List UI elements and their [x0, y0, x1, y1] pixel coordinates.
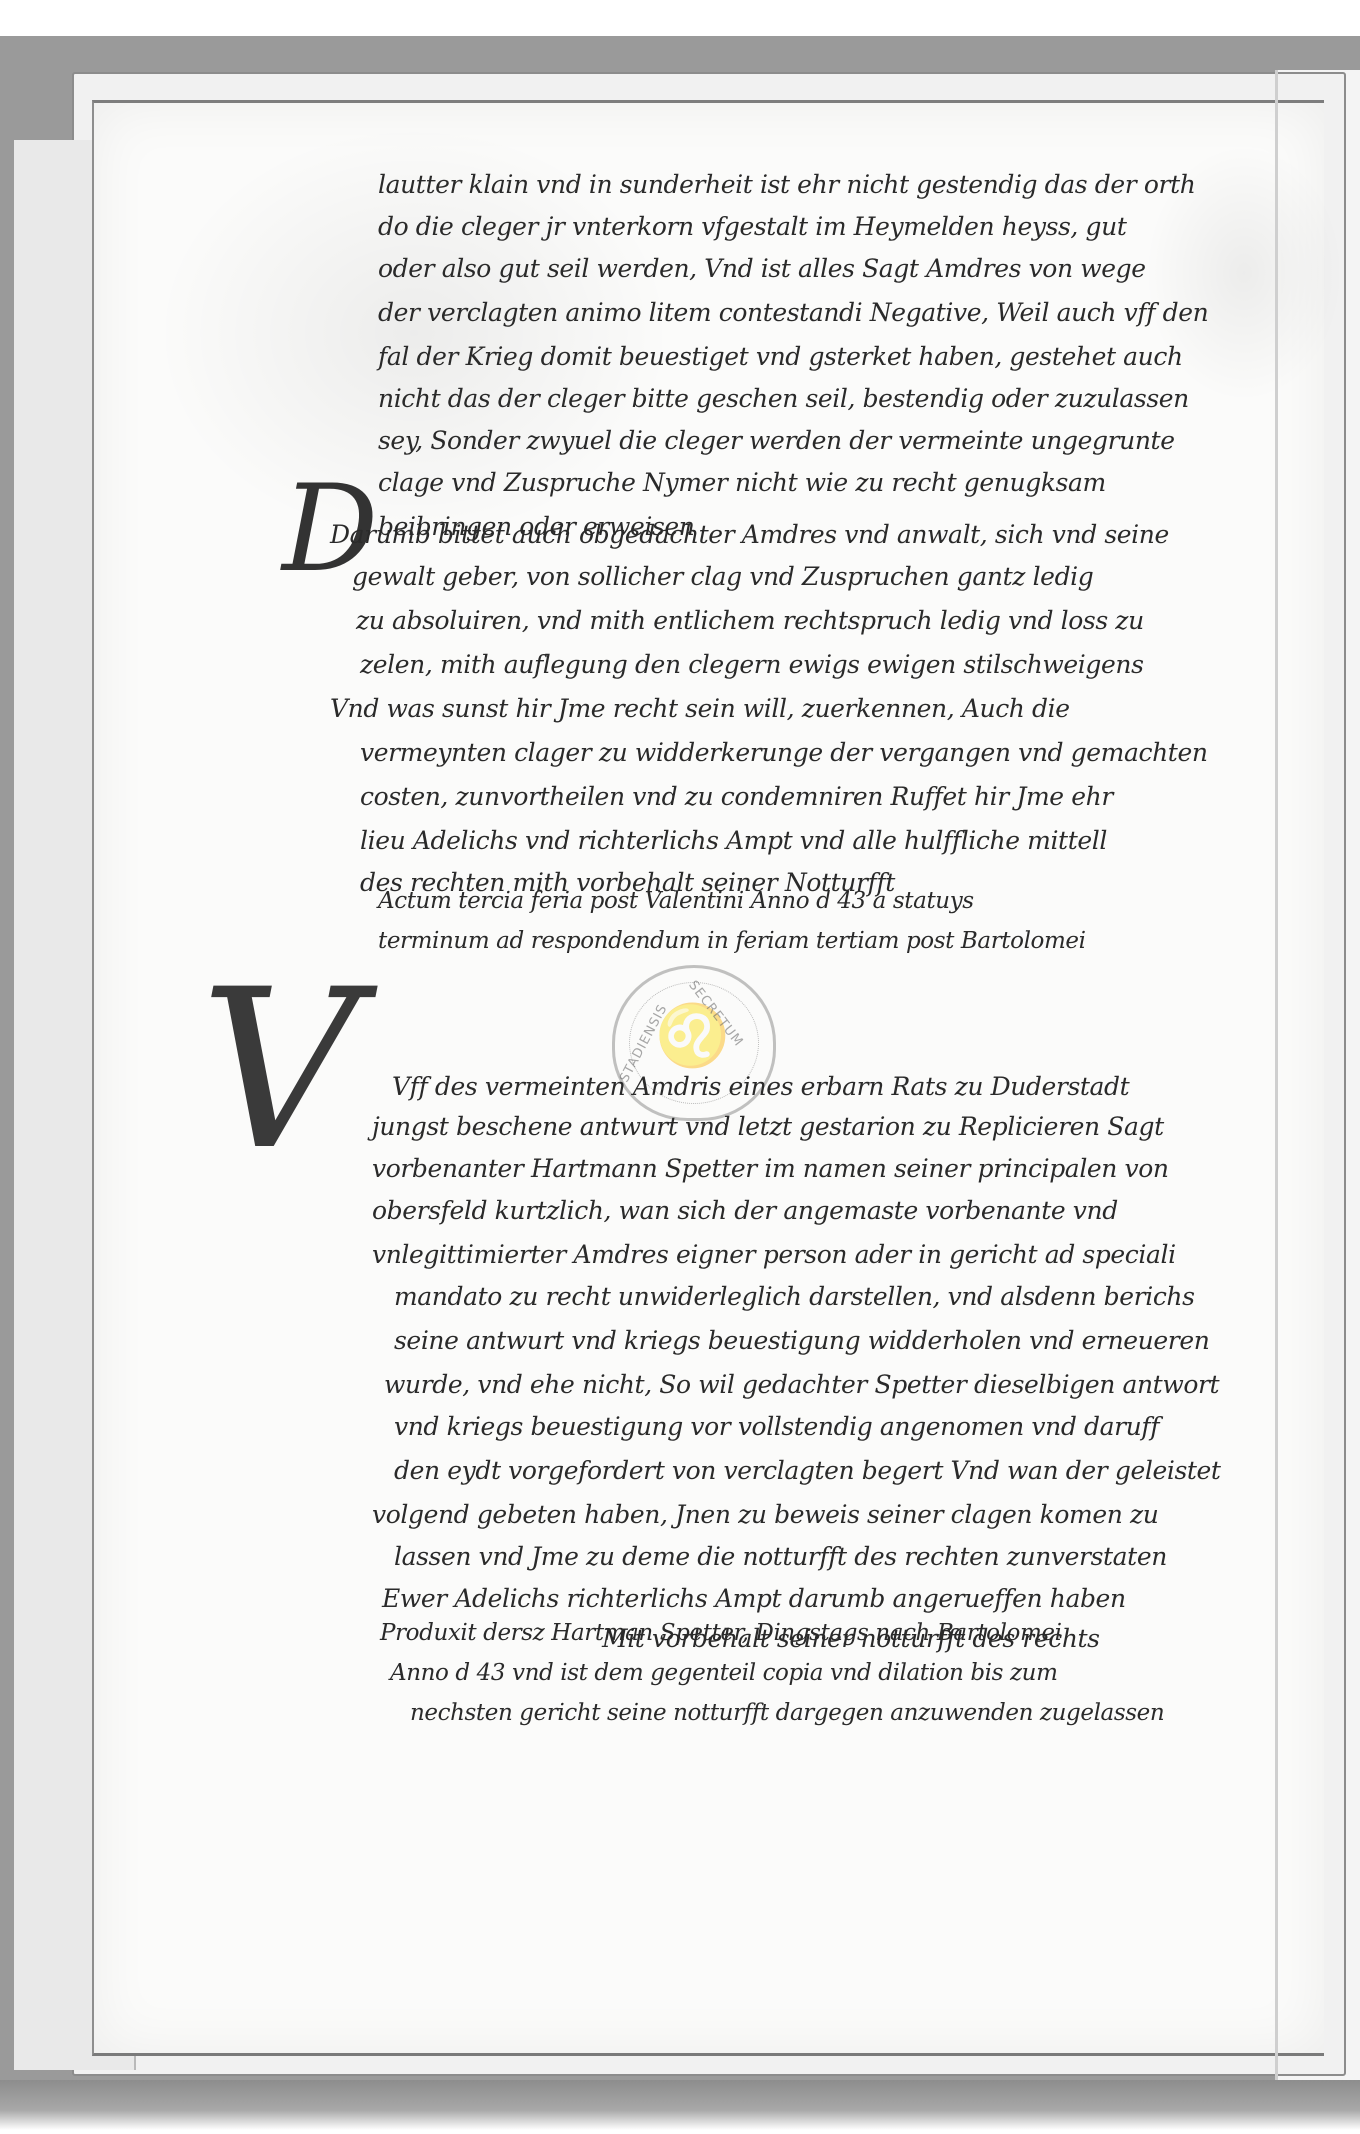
text-line: seine antwurt vnd kriegs beuestigung wid…	[394, 1326, 1209, 1355]
text-line: lieu Adelichs vnd richterlichs Ampt vnd …	[360, 826, 1107, 855]
text-line: Actum tercia feria post Valentini Anno d…	[378, 888, 974, 914]
text-line: Produxit dersz Hartman Spetter, Dingstag…	[380, 1620, 1062, 1646]
text-line: wurde, vnd ehe nicht, So wil gedachter S…	[384, 1370, 1219, 1399]
text-line: Anno d 43 vnd ist dem gegenteil copia vn…	[390, 1660, 1058, 1686]
text-line: Darumb bittet auch obgedachter Amdres vn…	[330, 520, 1169, 549]
text-line: nechsten gericht seine notturfft dargege…	[410, 1700, 1164, 1726]
text-line: nicht das der cleger bitte geschen seil,…	[378, 384, 1189, 413]
text-line: gewalt geber, von sollicher clag vnd Zus…	[352, 562, 1093, 591]
page-fold-line	[1275, 70, 1278, 2080]
text-line: sey, Sonder zwyuel die cleger werden der…	[378, 426, 1175, 455]
scanned-page: lautter klain vnd in sunderheit ist ehr …	[0, 0, 1360, 2134]
text-line: vorbenanter Hartmann Spetter im namen se…	[372, 1154, 1169, 1183]
text-line: fal der Krieg domit beuestiget vnd gster…	[378, 342, 1183, 371]
text-line: vermeynten clager zu widderkerunge der v…	[360, 738, 1208, 767]
text-line: lassen vnd Jme zu deme die notturfft des…	[394, 1542, 1167, 1571]
text-line: Vff des vermeinten Amdris eines erbarn R…	[392, 1072, 1129, 1101]
text-line: Ewer Adelichs richterlichs Ampt darumb a…	[382, 1584, 1126, 1613]
text-line: vnd kriegs beuestigung vor vollstendig a…	[394, 1412, 1159, 1441]
text-line: jungst beschene antwurt vnd letzt gestar…	[372, 1112, 1164, 1141]
text-line: vnlegittimierter Amdres eigner person ad…	[372, 1240, 1176, 1269]
text-line: volgend gebeten haben, Jnen zu beweis se…	[372, 1500, 1158, 1529]
text-line: den eydt vorgefordert von verclagten beg…	[394, 1456, 1221, 1485]
text-line: costen, zunvortheilen vnd zu condemniren…	[360, 782, 1113, 811]
text-line: lautter klain vnd in sunderheit ist ehr …	[378, 170, 1195, 199]
text-line: der verclagten animo litem contestandi N…	[378, 298, 1208, 327]
text-line: zelen, mith auflegung den clegern ewigs …	[360, 650, 1144, 679]
text-line: Vnd was sunst hir Jme recht sein will, z…	[330, 694, 1070, 723]
scan-bottom-edge	[0, 2080, 1360, 2130]
text-line: mandato zu recht unwiderleglich darstell…	[394, 1282, 1195, 1311]
text-line: obersfeld kurtzlich, wan sich der angema…	[372, 1196, 1118, 1225]
text-line: clage vnd Zuspruche Nymer nicht wie zu r…	[378, 468, 1106, 497]
decorative-initial-v: V	[200, 960, 359, 1180]
text-line: oder also gut seil werden, Vnd ist alles…	[378, 254, 1146, 283]
text-line: do die cleger jr vnterkorn vfgestalt im …	[378, 212, 1126, 241]
text-line: zu absoluiren, vnd mith entlichem rechts…	[356, 606, 1144, 635]
text-line: terminum ad respondendum in feriam terti…	[378, 928, 1086, 954]
